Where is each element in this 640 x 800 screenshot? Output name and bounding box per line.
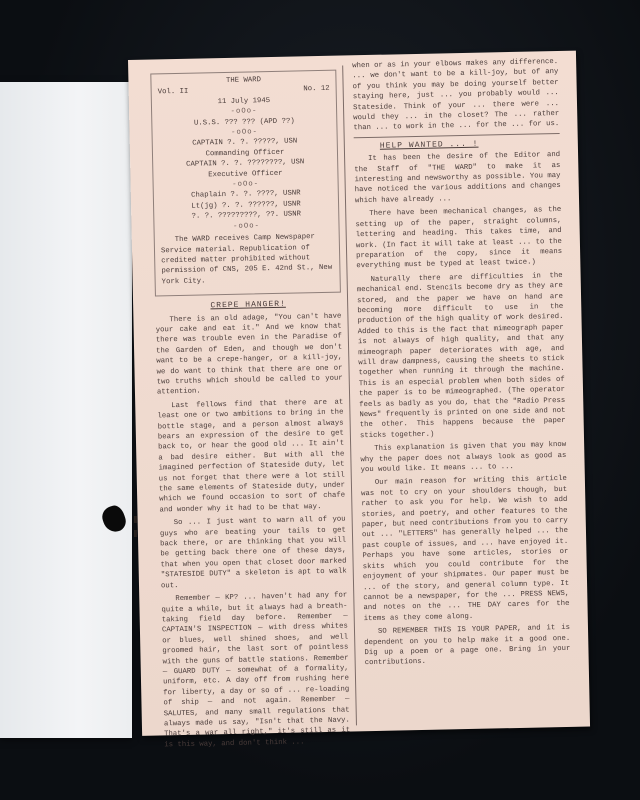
right-column: when or as in your elbows makes any diff… [352,57,571,672]
separator: -oOo- [160,219,332,233]
section-rule [354,133,560,138]
article-paragraph: Our main reason for writing this article… [361,474,570,624]
ink-mark [134,516,137,523]
issue-number: No. 12 [303,84,329,95]
cns-notice: The WARD receives Camp Newspaper Service… [161,232,334,288]
volume: Vol. II [158,87,189,98]
article-paragraph: SO REMEMBER THIS IS YOUR PAPER, and it i… [364,623,571,669]
article-paragraph: Last fellows find that there are at leas… [157,397,345,515]
masthead-box: THE WARD Vol. II No. 12 11 July 1945 -oO… [150,70,341,297]
article-paragraph: So ... I just want to warn all of you gu… [160,515,347,592]
left-column: THE WARD Vol. II No. 12 11 July 1945 -oO… [150,70,350,754]
ink-mark [134,530,137,537]
newspaper-page: THE WARD Vol. II No. 12 11 July 1945 -oO… [128,51,590,736]
article-paragraph: This explanation is given that you may k… [360,440,567,476]
article-paragraph: There have been mechanical changes, as t… [355,205,562,272]
continued-paragraph: when or as in your elbows makes any diff… [352,57,559,134]
article-paragraph: Naturally there are difficulties in the … [357,271,566,442]
article-paragraph: There is an old adage, "You can't have y… [155,311,343,398]
article-paragraph: It has been the desire of the Editor and… [354,150,561,206]
underlying-blank-page [0,82,132,738]
article-paragraph: Remember — KP? ... haven't had any for q… [161,591,350,751]
